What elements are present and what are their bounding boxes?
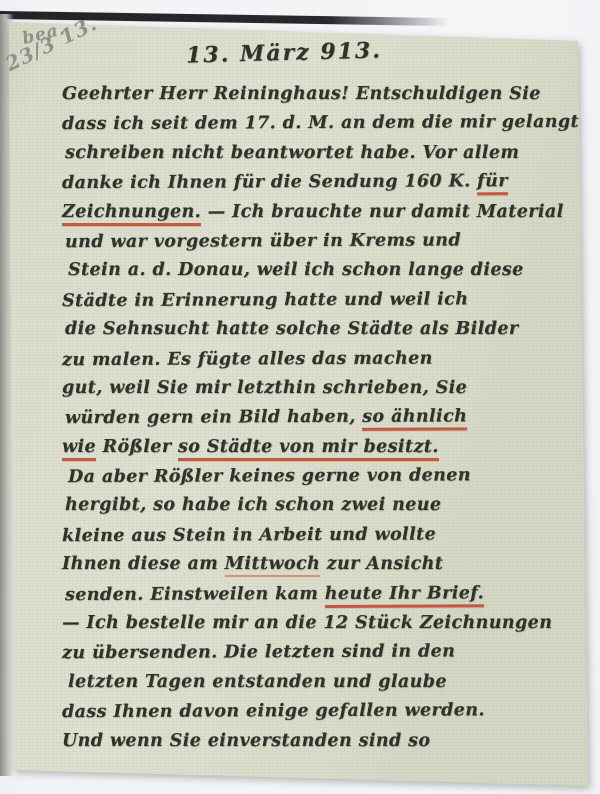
handwritten-text: letzten Tagen entstanden und glaube — [68, 672, 447, 692]
handwritten-text: gut, weil Sie mir letzthin schrieben, Si… — [62, 378, 467, 398]
red-underlined-text: Zeichnungen. — [62, 202, 201, 226]
manuscript-line: schreiben nicht beantwortet habe. Vor al… — [62, 139, 577, 168]
manuscript-line: dass ich seit dem 17. d. M. an dem die m… — [62, 108, 577, 140]
handwritten-text: Ihnen diese am — [62, 554, 225, 574]
letter-lines: Geehrter Herr Reininghaus! Entschuldigen… — [62, 80, 577, 756]
handwritten-text: die Sehnsucht hatte solche Städte als Bi… — [65, 319, 519, 339]
manuscript-line: zu malen. Es fügte alles das machen — [62, 343, 577, 375]
red-underlined-text: Mittwoch — [225, 554, 321, 577]
handwritten-text: danke ich Ihnen für die Sendung 160 K. — [62, 171, 477, 193]
manuscript-line: — Ich bestelle mir an die 12 Stück Zeich… — [62, 609, 577, 638]
manuscript-line: gut, weil Sie mir letzthin schrieben, Si… — [62, 374, 577, 403]
handwritten-text: zu malen. Es fügte alles das machen — [62, 348, 433, 370]
letter-photograph: bea. 23/3 13. 13. März 913. Geehrter Her… — [0, 0, 600, 794]
manuscript-line: Zeichnungen. — Ich brauchte nur damit Ma… — [62, 198, 577, 227]
handwritten-text: — Ich bestelle mir an die 12 Stück Zeich… — [62, 613, 552, 633]
manuscript-line: und war vorgestern über in Krems und — [62, 226, 577, 258]
manuscript-line: letzten Tagen entstanden und glaube — [62, 668, 577, 697]
handwritten-text: — Ich brauchte nur damit Material — [201, 202, 564, 222]
manuscript-line: Stein a. d. Donau, weil ich schon lange … — [62, 256, 577, 285]
red-underlined-text: heute Ihr Brief. — [325, 583, 484, 608]
red-underlined-text: für — [477, 171, 508, 195]
red-underlined-text: so ähnlich — [362, 407, 467, 431]
handwritten-text: schreiben nicht beantwortet habe. Vor al… — [65, 143, 519, 163]
handwritten-text: dass ich seit dem 17. d. M. an dem die m… — [62, 112, 579, 134]
red-underlined-text: so Städte von mir besitzt. — [178, 437, 439, 461]
handwritten-text: Und wenn Sie einverstanden sind so — [62, 731, 430, 751]
handwritten-text: kleine aus Stein in Arbeit und wollte — [62, 524, 436, 546]
handwritten-text: Rößler — [96, 437, 178, 457]
handwritten-text: dass Ihnen davon einige gefallen werden. — [62, 700, 485, 722]
manuscript-line: wie Rößler so Städte von mir besitzt. — [62, 433, 577, 462]
handwritten-text: Da aber Rößler keines gerne von denen — [68, 465, 471, 487]
handwritten-text: hergibt, so habe ich schon zwei neue — [65, 495, 441, 515]
manuscript-line: dass Ihnen davon einige gefallen werden. — [62, 696, 577, 728]
manuscript-line: hergibt, so habe ich schon zwei neue — [62, 491, 577, 520]
handwritten-text: Städte in Erinnerung hatte und weil ich — [62, 289, 468, 311]
handwritten-text: zur Ansicht — [320, 554, 443, 574]
manuscript-line: die Sehnsucht hatte solche Städte als Bi… — [62, 315, 577, 344]
manuscript-line: Geehrter Herr Reininghaus! Entschuldigen… — [62, 80, 577, 109]
handwritten-text: zu übersenden. Die letzten sind in den — [62, 642, 455, 664]
manuscript-line: würden gern ein Bild haben, so ähnlich — [62, 402, 577, 434]
handwritten-text: und war vorgestern über in Krems und — [65, 230, 461, 252]
handwritten-text: senden. Einstweilen kam — [65, 584, 325, 605]
manuscript-line: danke ich Ihnen für die Sendung 160 K. f… — [62, 167, 577, 199]
manuscript-line: Da aber Rößler keines gerne von denen — [62, 461, 577, 493]
handwritten-text: würden gern ein Bild haben, — [65, 407, 362, 428]
manuscript-line: zu übersenden. Die letzten sind in den — [62, 637, 577, 669]
manuscript-line: Und wenn Sie einverstanden sind so — [62, 727, 577, 756]
manuscript-line: senden. Einstweilen kam heute Ihr Brief. — [62, 579, 577, 611]
letter-date: 13. März 913. — [186, 37, 382, 68]
handwritten-text: Geehrter Herr Reininghaus! Entschuldigen… — [62, 84, 541, 104]
manuscript-line: kleine aus Stein in Arbeit und wollte — [62, 520, 577, 552]
red-underlined-text: wie — [62, 437, 96, 461]
handwritten-text: Stein a. d. Donau, weil ich schon lange … — [68, 260, 524, 280]
manuscript-line: Städte in Erinnerung hatte und weil ich — [62, 285, 577, 317]
manuscript-line: Ihnen diese am Mittwoch zur Ansicht — [62, 550, 577, 579]
letter-content: bea. 23/3 13. 13. März 913. Geehrter Her… — [0, 0, 600, 794]
